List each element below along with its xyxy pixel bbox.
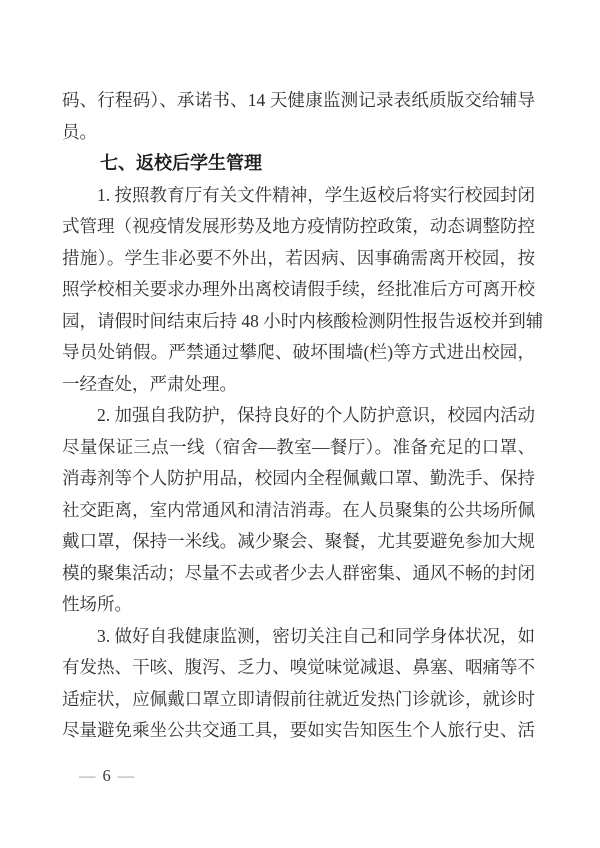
page-footer: — 6 — [79,766,134,786]
text-line: 码、行程码）、承诺书、14 天健康监测记录表纸质版交给辅导 [62,85,535,117]
section-heading: 七、返校后学生管理 [62,148,535,180]
footer-dash-left: — [79,766,96,786]
text-line: 有发热、干咳、腹泻、乏力、嗅觉味觉减退、鼻塞、咽痛等不 [62,652,535,684]
text-line: 消毒剂等个人防护用品，校园内全程佩戴口罩、勤洗手、保持 [62,463,535,495]
text-line: 一经查处，严肃处理。 [62,369,535,401]
text-line: 模的聚集活动；尽量不去或者少去人群密集、通风不畅的封闭 [62,558,535,590]
text-line: 3. 做好自我健康监测，密切关注自己和同学身体状况，如 [62,621,535,653]
page-body-text: 码、行程码）、承诺书、14 天健康监测记录表纸质版交给辅导 员。 七、返校后学生… [62,85,535,747]
text-line: 性场所。 [62,589,535,621]
document-page: 码、行程码）、承诺书、14 天健康监测记录表纸质版交给辅导 员。 七、返校后学生… [0,0,600,848]
text-line: 社交距离，室内常通风和清洁消毒。在人员聚集的公共场所佩 [62,495,535,527]
text-line: 2. 加强自我防护，保持良好的个人防护意识，校园内活动 [62,400,535,432]
text-line: 1. 按照教育厅有关文件精神，学生返校后将实行校园封闭 [62,180,535,212]
text-line: 导员处销假。严禁通过攀爬、破坏围墙(栏)等方式进出校园， [62,337,535,369]
text-line: 式管理（视疫情发展形势及地方疫情防控政策，动态调整防控 [62,211,535,243]
text-line: 适症状，应佩戴口罩立即请假前往就近发热门诊就诊，就诊时 [62,684,535,716]
footer-dash-right: — [118,766,135,786]
text-line: 尽量避免乘坐公共交通工具，要如实告知医生个人旅行史、活 [62,715,535,747]
text-line: 园，请假时间结束后持 48 小时内核酸检测阴性报告返校并到辅 [62,306,535,338]
text-line: 措施）。学生非必要不外出，若因病、因事确需离开校园，按 [62,243,535,275]
text-line: 照学校相关要求办理外出离校请假手续，经批准后方可离开校 [62,274,535,306]
page-number: 6 [103,766,111,786]
text-line: 员。 [62,117,535,149]
text-line: 戴口罩，保持一米线。减少聚会、聚餐，尤其要避免参加大规 [62,526,535,558]
text-line: 尽量保证三点一线（宿舍—教室—餐厅）。准备充足的口罩、 [62,432,535,464]
